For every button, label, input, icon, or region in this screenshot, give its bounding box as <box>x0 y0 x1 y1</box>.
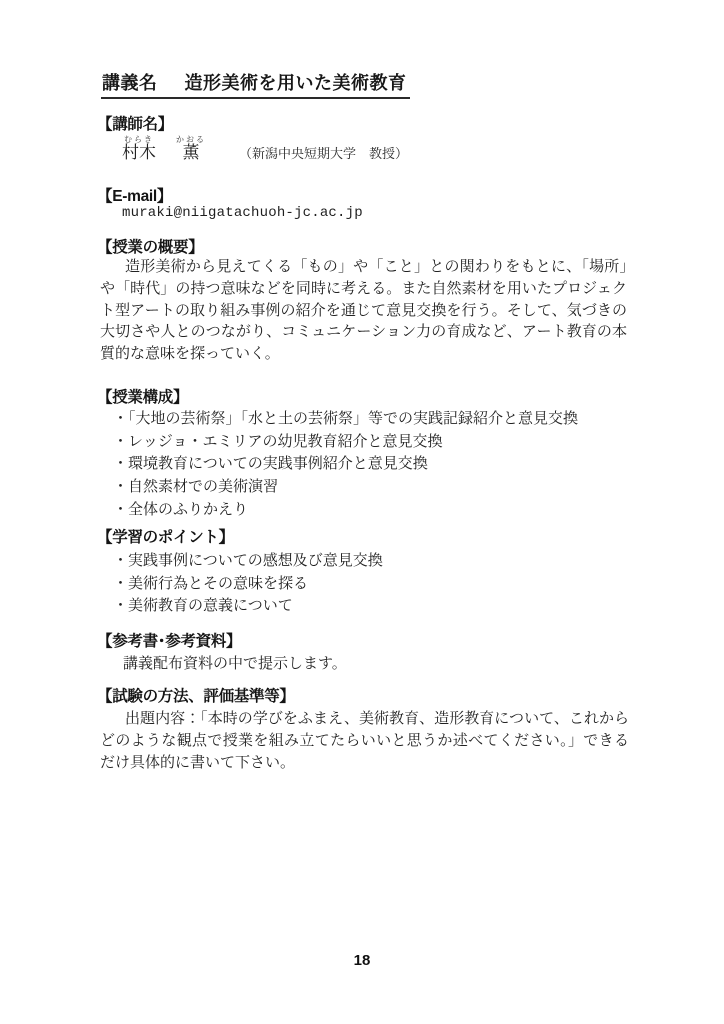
overview-paragraph: 造形美術から見えてくる「もの」や「こと」との関わりをもとに、「場所」や「時代」の… <box>100 257 627 366</box>
section-heading-references: 【参考書･参考資料】 <box>97 632 241 651</box>
section-heading-exam: 【試験の方法、評価基準等】 <box>97 687 295 706</box>
page-number: 18 <box>0 952 724 969</box>
lecturer-affiliation: （新潟中央短期大学 教授） <box>239 146 408 161</box>
references-body: 講義配布資料の中で提示します。 <box>123 654 347 675</box>
list-item: ・環境教育についての実践事例紹介と意見交換 <box>113 453 578 476</box>
list-item: ・レッジョ・エミリアの幼児教育紹介と意見交換 <box>113 431 578 454</box>
syllabus-page: 講義名造形美術を用いた美術教育 【講師名】 村木むらき薫かおる（新潟中央短期大学… <box>0 0 724 1024</box>
list-item: ・美術行為とその意味を探る <box>113 573 383 596</box>
list-item: ・自然素材での美術演習 <box>113 476 578 499</box>
list-item: ・実践事例についての感想及び意見交換 <box>113 550 383 573</box>
lecturer-name-first-kanji: 薫 <box>176 143 206 162</box>
list-item: ・美術教育の意義について <box>113 595 383 618</box>
structure-list: ・「大地の芸術祭」「水と土の芸術祭」等での実践記録紹介と意見交換 ・レッジョ・エ… <box>113 408 578 522</box>
lecturer-furigana-first: かおる <box>176 135 206 144</box>
course-title-label: 講義名 <box>102 73 158 93</box>
exam-paragraph: 出題内容：「本時の学びをふまえ、美術教育、造形教育について、これからどのような観… <box>100 709 629 774</box>
list-item: ・「大地の芸術祭」「水と土の芸術祭」等での実践記録紹介と意見交換 <box>113 408 578 431</box>
list-item: ・全体のふりかえり <box>113 499 578 522</box>
section-heading-learning-points: 【学習のポイント】 <box>97 528 234 547</box>
course-title-value: 造形美術を用いた美術教育 <box>185 73 407 93</box>
learning-points-list: ・実践事例についての感想及び意見交換 ・美術行為とその意味を探る ・美術教育の意… <box>113 550 383 618</box>
section-heading-lecturer: 【講師名】 <box>97 115 173 134</box>
section-heading-email: 【E-mail】 <box>97 187 172 206</box>
section-heading-structure: 【授業構成】 <box>97 388 188 407</box>
course-title-row: 講義名造形美術を用いた美術教育 <box>101 73 410 99</box>
lecturer-furigana-last: むらき <box>122 135 156 144</box>
lecturer-name-first: 薫かおる <box>176 143 202 162</box>
lecturer-name-last: 村木むらき <box>122 143 156 162</box>
email-address: muraki@niigatachuoh-jc.ac.jp <box>122 205 363 221</box>
lecturer-name-line: 村木むらき薫かおる（新潟中央短期大学 教授） <box>122 135 408 165</box>
lecturer-name-last-kanji: 村木 <box>122 143 156 162</box>
section-heading-overview: 【授業の概要】 <box>97 238 203 257</box>
